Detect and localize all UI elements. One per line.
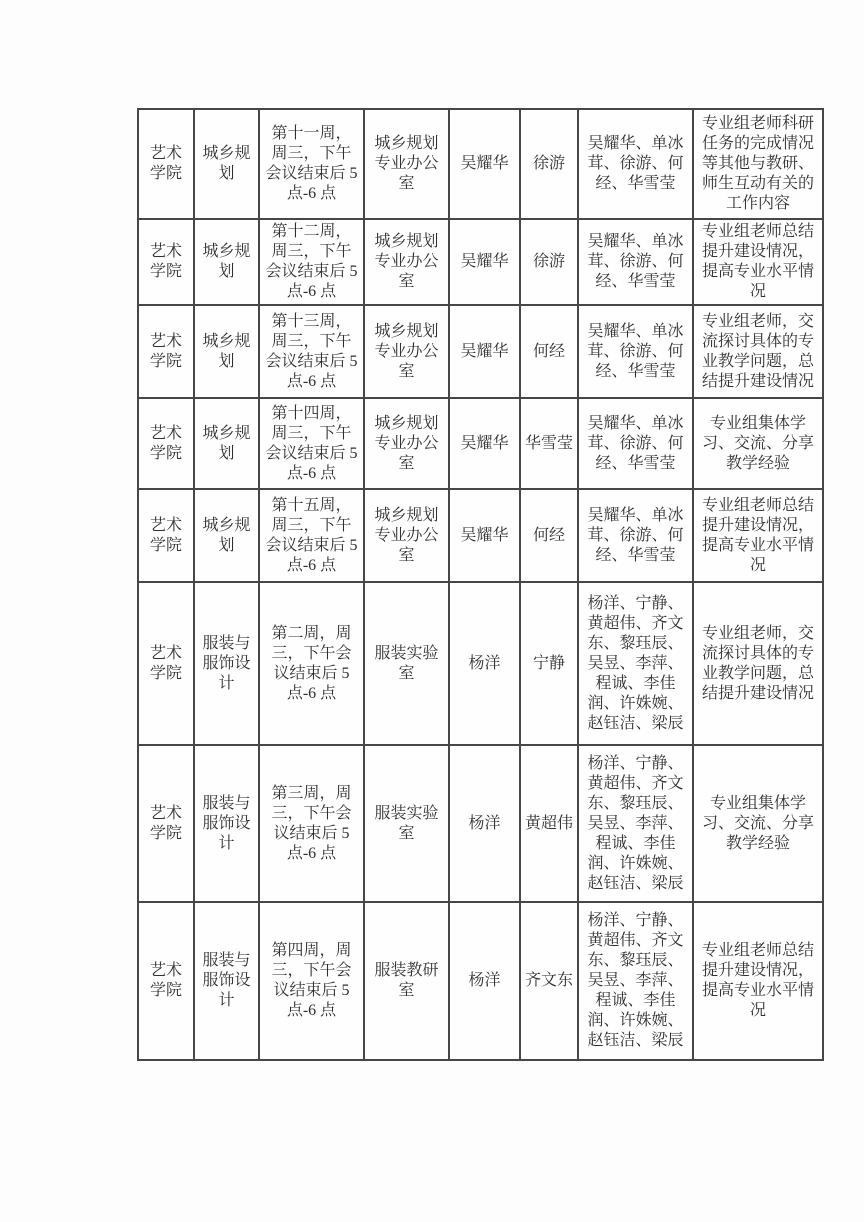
table-row: 艺术学院 城乡规划 第十一周，周三，下午会议结束后 5 点-6 点 城乡规划专业… [138,109,823,219]
cell-content: 专业组老师，交流探讨具体的专业教学问题，总结提升建设情况 [693,582,823,745]
cell-location: 服装教研室 [364,902,449,1060]
cell-major: 城乡规划 [194,398,259,489]
cell-location: 城乡规划专业办公室 [364,398,449,489]
cell-location: 服装实验室 [364,745,449,902]
table-row: 艺术学院 城乡规划 第十三周，周三，下午会议结束后 5 点-6 点 城乡规划专业… [138,305,823,398]
table-row: 艺术学院 城乡规划 第十四周，周三，下午会议结束后 5 点-6 点 城乡规划专业… [138,398,823,489]
cell-host: 何经 [520,305,578,398]
cell-time: 第二周，周三，下午会议结束后 5 点-6 点 [259,582,364,745]
cell-content: 专业组老师总结提升建设情况，提高专业水平情况 [693,902,823,1060]
cell-college: 艺术学院 [138,109,194,219]
table-row: 艺术学院 服装与服饰设计 第四周，周三，下午会议结束后 5 点-6 点 服装教研… [138,902,823,1060]
cell-leader: 杨洋 [449,902,520,1060]
cell-time: 第十四周，周三，下午会议结束后 5 点-6 点 [259,398,364,489]
cell-participants: 杨洋、宁静、黄超伟、齐文东、黎珏辰、吴昱、李萍、程诚、李佳润、许姝婉、赵钰洁、梁… [578,582,693,745]
table-row: 艺术学院 城乡规划 第十二周，周三，下午会议结束后 5 点-6 点 城乡规划专业… [138,219,823,305]
cell-content: 专业组集体学习、交流、分享教学经验 [693,398,823,489]
cell-college: 艺术学院 [138,902,194,1060]
cell-major: 城乡规划 [194,109,259,219]
cell-major: 服装与服饰设计 [194,582,259,745]
table-row: 艺术学院 服装与服饰设计 第三周，周三，下午会议结束后 5 点-6 点 服装实验… [138,745,823,902]
cell-major: 城乡规划 [194,219,259,305]
cell-participants: 吴耀华、单冰茸、徐游、何经、华雪莹 [578,398,693,489]
cell-host: 宁静 [520,582,578,745]
cell-major: 城乡规划 [194,489,259,582]
cell-major: 服装与服饰设计 [194,745,259,902]
table-row: 艺术学院 服装与服饰设计 第二周，周三，下午会议结束后 5 点-6 点 服装实验… [138,582,823,745]
cell-college: 艺术学院 [138,582,194,745]
cell-college: 艺术学院 [138,398,194,489]
cell-content: 专业组老师，交流探讨具体的专业教学问题，总结提升建设情况 [693,305,823,398]
cell-location: 城乡规划专业办公室 [364,109,449,219]
cell-location: 城乡规划专业办公室 [364,219,449,305]
document-page: 艺术学院 城乡规划 第十一周，周三，下午会议结束后 5 点-6 点 城乡规划专业… [0,0,864,1222]
cell-participants: 吴耀华、单冰茸、徐游、何经、华雪莹 [578,219,693,305]
cell-content: 专业组老师总结提升建设情况，提高专业水平情况 [693,489,823,582]
cell-content: 专业组老师总结提升建设情况，提高专业水平情况 [693,219,823,305]
cell-location: 城乡规划专业办公室 [364,305,449,398]
cell-leader: 吴耀华 [449,489,520,582]
cell-participants: 杨洋、宁静、黄超伟、齐文东、黎珏辰、吴昱、李萍、程诚、李佳润、许姝婉、赵钰洁、梁… [578,902,693,1060]
cell-content: 专业组老师科研任务的完成情况等其他与教研、师生互动有关的工作内容 [693,109,823,219]
cell-leader: 吴耀华 [449,305,520,398]
cell-host: 何经 [520,489,578,582]
cell-time: 第十一周，周三，下午会议结束后 5 点-6 点 [259,109,364,219]
cell-participants: 吴耀华、单冰茸、徐游、何经、华雪莹 [578,305,693,398]
cell-leader: 吴耀华 [449,398,520,489]
cell-leader: 吴耀华 [449,109,520,219]
cell-major: 服装与服饰设计 [194,902,259,1060]
cell-host: 齐文东 [520,902,578,1060]
cell-location: 城乡规划专业办公室 [364,489,449,582]
cell-time: 第十二周，周三，下午会议结束后 5 点-6 点 [259,219,364,305]
cell-host: 徐游 [520,219,578,305]
cell-college: 艺术学院 [138,745,194,902]
cell-college: 艺术学院 [138,489,194,582]
schedule-table: 艺术学院 城乡规划 第十一周，周三，下午会议结束后 5 点-6 点 城乡规划专业… [137,108,824,1061]
cell-major: 城乡规划 [194,305,259,398]
cell-leader: 吴耀华 [449,219,520,305]
cell-host: 徐游 [520,109,578,219]
cell-content: 专业组集体学习、交流、分享教学经验 [693,745,823,902]
table-row: 艺术学院 城乡规划 第十五周，周三，下午会议结束后 5 点-6 点 城乡规划专业… [138,489,823,582]
cell-participants: 吴耀华、单冰茸、徐游、何经、华雪莹 [578,489,693,582]
cell-time: 第十五周，周三，下午会议结束后 5 点-6 点 [259,489,364,582]
cell-time: 第三周，周三，下午会议结束后 5 点-6 点 [259,745,364,902]
cell-time: 第十三周，周三，下午会议结束后 5 点-6 点 [259,305,364,398]
cell-leader: 杨洋 [449,745,520,902]
cell-location: 服装实验室 [364,582,449,745]
cell-participants: 吴耀华、单冰茸、徐游、何经、华雪莹 [578,109,693,219]
cell-host: 华雪莹 [520,398,578,489]
cell-college: 艺术学院 [138,219,194,305]
cell-participants: 杨洋、宁静、黄超伟、齐文东、黎珏辰、吴昱、李萍、程诚、李佳润、许姝婉、赵钰洁、梁… [578,745,693,902]
cell-time: 第四周，周三，下午会议结束后 5 点-6 点 [259,902,364,1060]
cell-college: 艺术学院 [138,305,194,398]
cell-leader: 杨洋 [449,582,520,745]
cell-host: 黄超伟 [520,745,578,902]
